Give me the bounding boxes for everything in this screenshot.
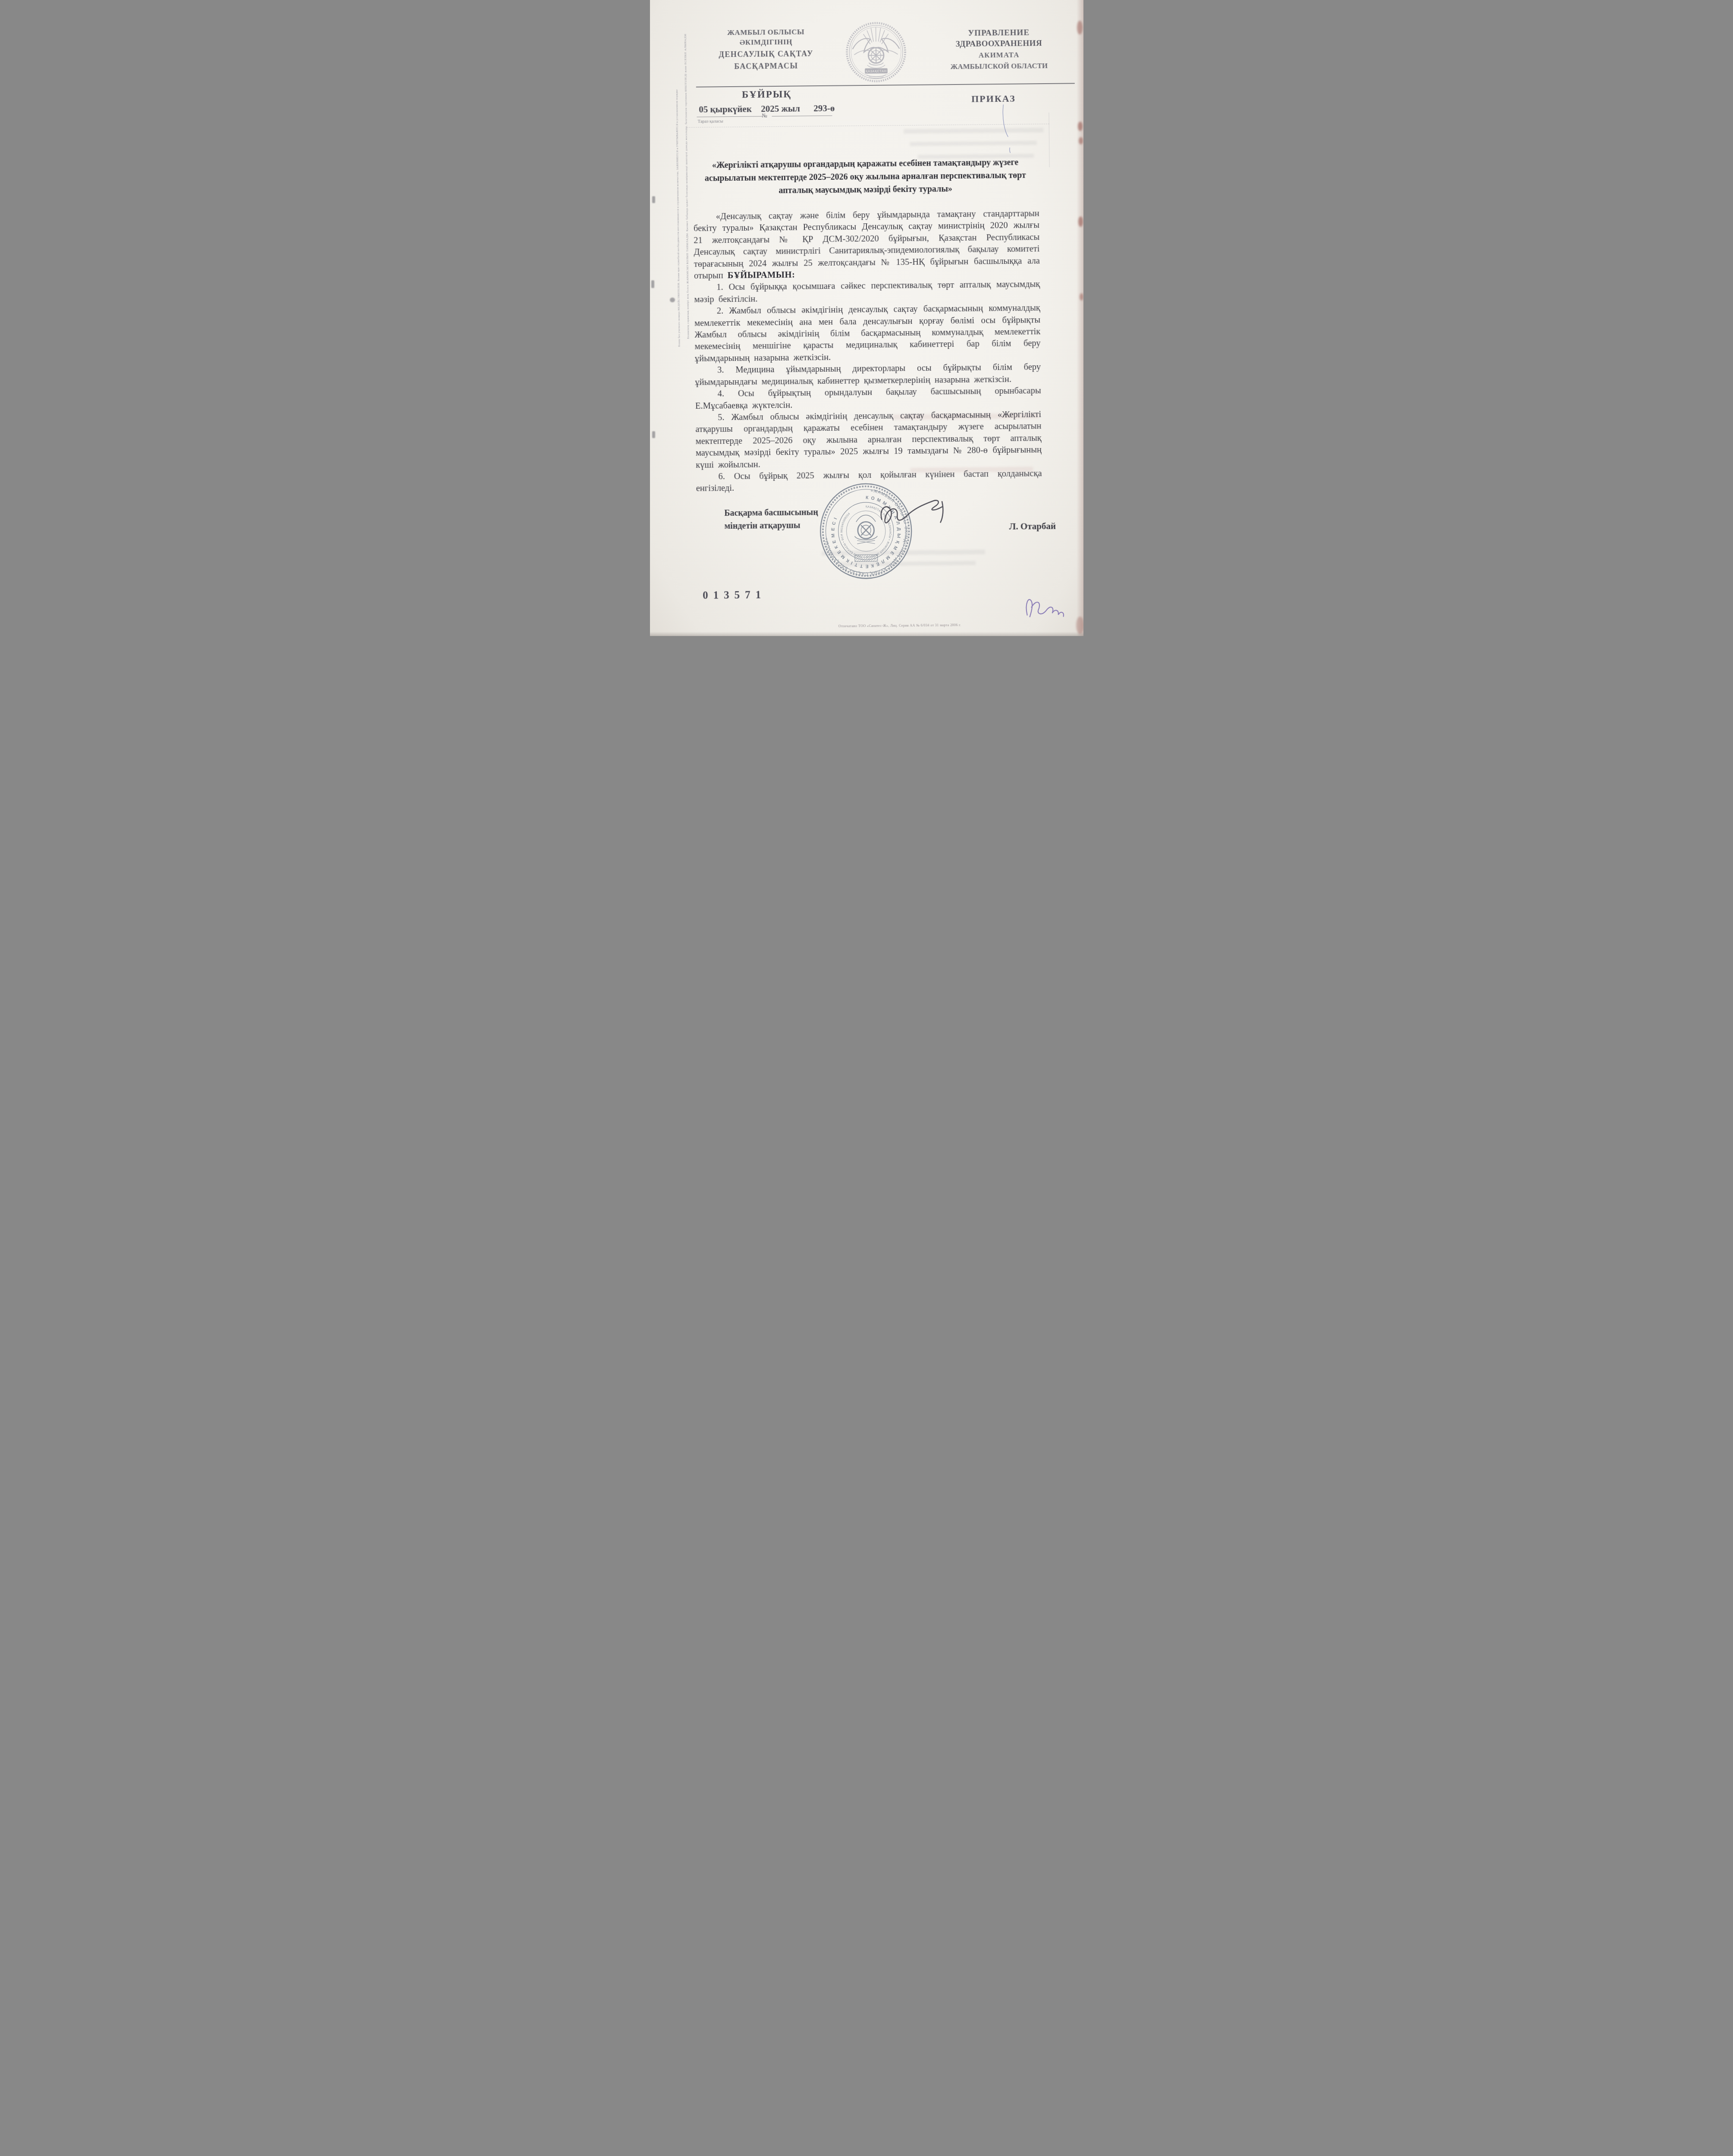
paper-edge-mark	[652, 431, 655, 438]
order-date: 05 қыркүйек	[699, 104, 752, 115]
bleed-through-artifact	[910, 141, 1037, 146]
doc-type-kazakh: БҰЙРЫҚ	[741, 89, 791, 100]
org-kz-line: ЖАМБЫЛ ОБЛЫСЫ	[712, 27, 819, 38]
org-kz-line: ӘКІМДІГІНІҢ	[712, 37, 819, 48]
order-item-4: 4. Осы бұйрықтың орындалуын бақылау басш…	[695, 385, 1041, 412]
handwritten-initials-pink	[1022, 592, 1074, 622]
issuer-name-kazakh: ЖАМБЫЛ ОБЛЫСЫ ӘКІМДІГІНІҢ ДЕНСАУЛЫҚ САҚТ…	[712, 27, 820, 72]
document-sheet: ЖАМБЫЛ ОБЛЫСЫ ӘКІМДІГІНІҢ ДЕНСАУЛЫҚ САҚТ…	[650, 0, 1083, 636]
signer-name: Л. Отарбай	[1009, 521, 1056, 532]
date-and-number-line: 05 қыркүйек 2025 жыл № 293-ө	[650, 100, 1081, 105]
handwritten-signature	[869, 492, 962, 538]
number-sign: №	[762, 112, 767, 119]
bleed-through-line	[687, 124, 1049, 128]
red-smudge-artifact	[1079, 137, 1083, 144]
form-underline-left	[697, 116, 763, 117]
red-smudge-artifact	[1078, 216, 1083, 227]
bleed-through-artifact	[903, 128, 1043, 134]
signer-position-line: Басқарма басшысының	[724, 506, 818, 520]
scan-edge-shadow-bottom	[650, 632, 1083, 636]
org-ru-line: ЗДРАВООХРАНЕНИЯ	[932, 38, 1065, 50]
order-item-3: 3. Медицина ұйымдарының директорлары осы…	[695, 361, 1041, 389]
red-smudge-artifact	[1078, 122, 1083, 131]
order-number: 293-ө	[813, 103, 835, 114]
org-kz-line: БАСҚАРМАСЫ	[712, 60, 820, 72]
stray-pen-mark	[996, 103, 1016, 157]
paper-edge-mark	[651, 280, 654, 288]
bleed-through-table-edge	[1049, 113, 1049, 167]
kazakhstan-state-emblem-icon: ҚАЗАҚСТАН	[843, 19, 908, 86]
order-body: «Денсаулық сақтау және білім беру ұйымда…	[693, 208, 1042, 495]
order-item-1: 1. Осы бұйрыққа қосымшаға сәйкес перспек…	[694, 279, 1040, 306]
issue-city: Тараз қаласы	[697, 119, 723, 124]
form-underline-right	[772, 116, 832, 116]
intro-text: «Денсаулық сақтау және білім беру ұйымда…	[693, 209, 1039, 281]
issuer-name-russian: УПРАВЛЕНИЕ ЗДРАВООХРАНЕНИЯ АКИМАТА ЖАМБЫ…	[932, 28, 1066, 72]
order-verb: БҰЙЫРАМЫН:	[727, 270, 795, 281]
order-item-2: 2. Жамбыл облысы әкімдігінің денсаулық с…	[694, 302, 1040, 365]
blank-serial-number: 013571	[703, 589, 766, 602]
org-ru-line: УПРАВЛЕНИЕ	[932, 28, 1065, 39]
intro-paragraph: «Денсаулық сақтау және білім беру ұйымда…	[693, 208, 1040, 282]
red-smudge-artifact	[1080, 293, 1083, 301]
margin-note-kazakh: Бланкінің сериялық нөмірі жоқ болса ЖАРА…	[683, 34, 690, 339]
paper-edge-mark	[670, 298, 675, 302]
signer-position-line: міндетін атқарушы	[724, 519, 818, 533]
order-title: «Жергілікті атқарушы органдардың қаражат…	[694, 156, 1037, 198]
scan-edge-shadow-right	[1077, 0, 1083, 636]
red-smudge-artifact	[1076, 617, 1083, 634]
org-ru-line: АКИМАТА	[932, 49, 1066, 62]
red-smudge-artifact	[1077, 21, 1083, 34]
scanned-order-document: ЖАМБЫЛ ОБЛЫСЫ ӘКІМДІГІНІҢ ДЕНСАУЛЫҚ САҚТ…	[650, 0, 1083, 636]
margin-note-russian: Бланк без учетного номера НЕДЕЙСТВИТЕЛЕН…	[675, 89, 681, 347]
printer-fine-print: Отпечатано ТОО «Сапатес-Ж», Лиц. Серия А…	[838, 622, 1077, 628]
emblem-banner: ҚАЗАҚСТАН	[865, 68, 888, 74]
signer-position: Басқарма басшысының міндетін атқарушы	[724, 506, 818, 533]
org-ru-line: ЖАМБЫЛСКОЙ ОБЛАСТИ	[932, 60, 1066, 72]
svg-text:ҚАЗАҚСТАН: ҚАЗАҚСТАН	[866, 70, 887, 73]
paper-edge-mark	[652, 196, 655, 203]
org-kz-line: ДЕНСАУЛЫҚ САҚТАУ	[712, 47, 819, 61]
order-item-5: 5. Жамбыл облысы әкімдігінің денсаулық с…	[695, 409, 1042, 471]
